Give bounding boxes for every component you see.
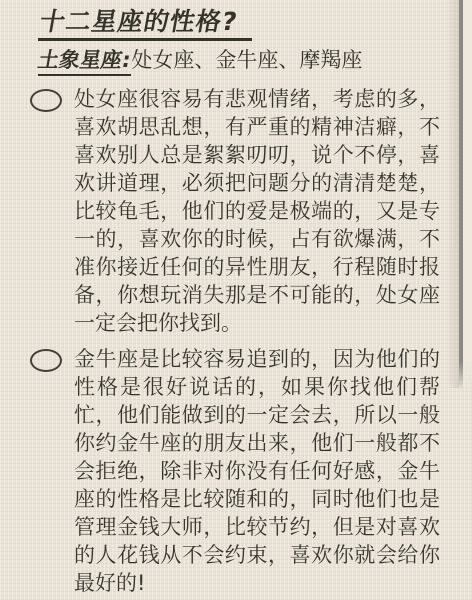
item-text-taurus: 金牛座是比较容易追到的，因为他们的性格是很好说话的，如果你找他们帮忙，他们能做到…	[74, 345, 440, 597]
list-item: 处女座很容易有悲观情绪，考虑的多，喜欢胡思乱想，有严重的精神洁癖，不喜欢别人总是…	[30, 85, 472, 337]
list-item: 金牛座是比较容易追到的，因为他们的性格是很好说话的，如果你找他们帮忙，他们能做到…	[30, 345, 472, 597]
circle-bullet-icon	[30, 89, 62, 112]
page-edge-strip	[463, 0, 472, 392]
page-title-text: 十二星座的性格?	[38, 9, 240, 34]
subtitle-label-text: 土象星座:	[36, 48, 133, 73]
subtitle: 土象星座:处女座、金牛座、摩羯座	[38, 48, 472, 76]
item-text-virgo: 处女座很容易有悲观情绪，考虑的多，喜欢胡思乱想，有严重的精神洁癖，不喜欢别人总是…	[74, 85, 440, 337]
subtitle-label: 土象星座:	[38, 48, 131, 76]
circle-bullet-icon	[30, 349, 62, 372]
page-title: 十二星座的性格?	[38, 8, 252, 41]
note-page: 十二星座的性格? 土象星座:处女座、金牛座、摩羯座 处女座很容易有悲观情绪，考虑…	[0, 0, 472, 600]
subtitle-value: 处女座、金牛座、摩羯座	[131, 48, 362, 72]
